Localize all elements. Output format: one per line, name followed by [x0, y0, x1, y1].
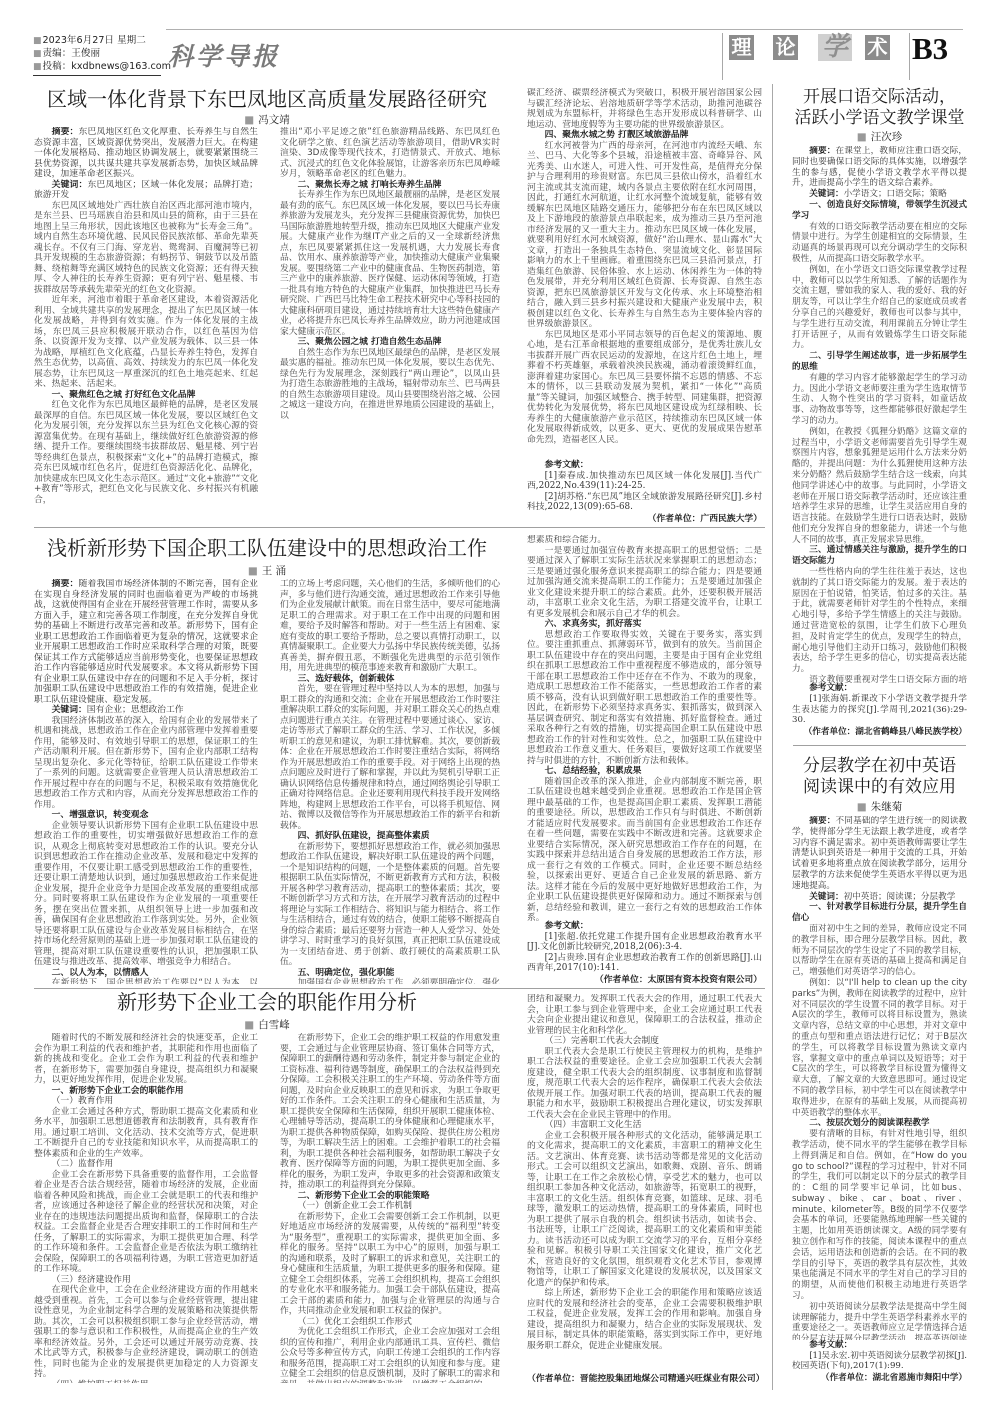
paragraph-continued: 工的立场上考虑问题，关心他们的生活，多倾听他们的心声，多与他们进行沟通交流，通过… — [280, 579, 500, 674]
paragraph: 红色文化作为东巴凤地区最鲜艳的品牌，是老区发展最深厚的自信。东巴凤区域一体化发展… — [34, 400, 258, 505]
abstract: 摘要：东巴凤地区红色文化厚重、长寿养生与自然生态资源丰富，区域资源优势突出，发展… — [34, 127, 258, 180]
square-bullet-icon: ■ — [857, 801, 867, 813]
article-column: 碳汇经济、碳票经济模式为突破口，积极开展岩溶国家公园与碳汇经济论坛、岩溶地质研学… — [527, 88, 762, 524]
submission-line: ■投稿：kxdbnews@163.com — [33, 61, 161, 74]
section-heading: 七、总结经验，积累成果 — [527, 766, 762, 777]
subsection-heading: （二）优化工会组织工作形式 — [280, 1317, 500, 1328]
subsection-heading: （三）完善职工代表大会制度 — [527, 1036, 762, 1047]
section-heading: 一、增强意识，转变观念 — [34, 810, 258, 821]
author-name: 汪次珍 — [871, 131, 903, 143]
subsection-heading: （四）丰富职工文化生活 — [527, 1120, 762, 1131]
abstract-text: 随着我国市场经济体制的不断完善，国有企业在实现自身经济发展的同时也面临着更为严峻… — [34, 579, 258, 705]
page-number: B3 — [912, 33, 948, 65]
article-author: ■冯文靖 — [34, 114, 500, 126]
column-divider-vertical — [772, 84, 773, 1390]
subsection-heading: （三）经济建设作用 — [34, 1275, 258, 1286]
header-rule — [166, 29, 963, 30]
abstract-label: 摘要： — [52, 579, 79, 589]
subsection-heading: （一）创新企业工会工作机制 — [280, 1201, 500, 1212]
paragraph: 要有清晰的目标，有针对性地引导，组织教学活动，使不同水平的学生能够在教学目标上得… — [792, 1129, 967, 1302]
keywords-text: 初中英语；阅读课；分层教学 — [844, 892, 956, 902]
article-column: 摘要：在课堂上，教师应注重口语交际，同时也要确保口语交际的具体实施，以增强学生的… — [792, 146, 967, 738]
article-column: 摘要：东巴凤地区红色文化厚重、长寿养生与自然生态资源丰富，区域资源优势突出，发展… — [34, 127, 258, 523]
section-heading: 二、以人为本，以情感人 — [34, 968, 258, 979]
paragraph: 红水河被誉为广西的母亲河，在河池市内流经天峨、东兰、巴马、大化等多个县城，沿途植… — [527, 141, 762, 330]
subsection-heading: （一）教育作用 — [34, 1096, 258, 1107]
paragraph: 例如：以“I'll help to clean up the city park… — [792, 978, 967, 1118]
article-title: 开展口语交际活动， 活跃小学语文教学课堂 — [792, 87, 967, 129]
paragraph: 有趣的学习内容才能够激起学生的学习动力。因此小学语文老师要注重为学生选取情节生动… — [792, 373, 967, 427]
section-char-box-calligraphic: 学 — [818, 34, 852, 61]
article-divider — [793, 745, 966, 746]
paragraph: 在新形势下，企业工会需要创新工会工作机制，以更好地适应市场经济的发展需要，从传统… — [280, 1212, 500, 1317]
article-title: 分层教学在初中英语 阅读课中的有效应用 — [792, 756, 967, 798]
paragraph: 我国经济体制改革的深入，给国有企业的发展带来了机遇和挑战，思想政治工作在企业内部… — [34, 716, 258, 811]
article-title-line: 阅读课中的有效应用 — [792, 777, 967, 798]
article-column: 想素质和综合能力。 一是要通过加强宣传教育来提高职工的思想觉悟；二是要通过深入了… — [527, 535, 762, 985]
section-divider-left — [722, 33, 723, 80]
keywords: 关键词：小学语文；口语交际；策略 — [792, 189, 967, 200]
paragraph: 例如，在小学语文口语交际课堂教学过程中，教师可以以学生所知悉、了解的话题作为交流… — [792, 265, 967, 351]
paragraph-continued: 推出“邓小平足迹之旅”红色旅游精品线路、东巴凤红色文化研学之旅、红色演艺活动等旅… — [280, 127, 500, 180]
paragraph: 语文教师要重视对学生口语交际方面的培养，提升其沟通和表达水平，促进多方面的发展，… — [792, 675, 967, 683]
paragraph-continued: 团结和凝聚力。发挥职工代表大会的作用，通过职工代表大会，让职工参与到企业管理中来… — [527, 994, 762, 1036]
section-heading: 二、引导学生阐述故事，进一步拓展学生的思维 — [792, 351, 967, 373]
article-column: 工的立场上考虑问题，关心他们的生活，多倾听他们的心声，多与他们进行沟通交流，通过… — [280, 579, 500, 984]
article-column: 在新形势下，企业工会的维护职工权益的作用愈发重要，工会通过与企业管理层协商、签订… — [280, 1033, 500, 1383]
author-affiliation: （作者单位：湖北省鹤峰县八峰民族学校） — [792, 727, 967, 738]
paragraph: 自然生态作为东巴凤地区最绿色的品牌，是老区发展最实惠的福祉。推动东巴凤一体化发展… — [280, 348, 500, 422]
references: （作者单位：晋能控股集团地煤公司精通兴旺煤业有限公司） — [527, 1373, 762, 1385]
article-column: 推出“邓小平足迹之旅”红色旅游精品线路、东巴凤红色文化研学之旅、红色演艺活动等旅… — [280, 127, 500, 523]
keywords-label: 关键词： — [809, 189, 843, 199]
references: 参考文献： [1]张超.依托党建工作提升国有企业思想政治教育水平[J].文化创新… — [527, 921, 762, 985]
abstract: 摘要：在课堂上，教师应注重口语交际，同时也要确保口语交际的具体实施，以增强学生的… — [792, 146, 967, 189]
article-divider — [34, 527, 765, 528]
paragraph: 思想政治工作要取得实效，关键在于要务实，落实到位。要注重抓重点、抓薄弱环节，做到… — [527, 630, 762, 767]
submission-email: 投稿：kxdbnews@163.com — [43, 61, 171, 72]
section-heading: 四、聚焦水城之势 打靓区域旅游品牌 — [527, 130, 762, 141]
issue-date-text: 2023年6月27日 星期二 — [43, 35, 146, 46]
square-bullet-icon: ■ — [244, 114, 254, 126]
section-heading: 二、新形势下企业工会的职能策略 — [280, 1191, 500, 1202]
author-name: 冯文靖 — [258, 114, 290, 126]
article-divider — [34, 988, 765, 989]
paragraph: 近年来，河池市着眼于革命老区建设，本着资源活化利用、全域共建共享的发展理念，提出… — [34, 295, 258, 390]
paragraph: 企业工会通过各种方式，帮助职工提高文化素质和业务水平，加强职工思想道德教育和法制… — [34, 1107, 258, 1160]
paragraph: 在现代企业中，工会在企业经济建设方面的作用越来越受到重视。首先，工会可以参与企业… — [34, 1285, 258, 1380]
abstract-label: 摘要： — [52, 127, 79, 137]
author-affiliation: （作者单位：湖北省恩施市舞阳中学） — [792, 1373, 967, 1384]
paragraph-continued: 想素质和综合能力。 — [527, 535, 762, 546]
paragraph-continued: 碳汇经济、碳票经济模式为突破口，积极开展岩溶国家公园与碳汇经济论坛、岩溶地质研学… — [527, 88, 762, 130]
reference-item: [1]秦春成.加快推动东巴凤区域一体化发展[J].当代广西,2022,No.43… — [527, 471, 762, 492]
keywords-text: 小学语文；口语交际；策略 — [844, 189, 947, 199]
article-title-line: 开展口语交际活动， — [792, 87, 967, 108]
square-bullet-icon: ■ — [244, 1019, 254, 1031]
section-heading: 五、明确定位，强化职能 — [280, 968, 500, 979]
paragraph: 面对初中生之间的差异，教师应设定不同的教学目标，即合理分层教学目标。因此，教师为… — [792, 924, 967, 978]
keywords: 关键词：初中英语；阅读课；分层教学 — [792, 892, 967, 903]
paragraph: 初中英语阅读分层教学法是提高中学生阅读理解能力，提升中学生英语学科素养水平的重要… — [792, 1302, 967, 1340]
article-column: 随着时代的不断发展和经济社会的快速变革，企业工会作为职工利益的代表和维护者，其职… — [34, 1033, 258, 1383]
column-body: 摘要：不同基础的学生进行统一的阅读教学，使得部分学生无法跟上教学进度，或者学习内… — [792, 816, 967, 1340]
keywords: 关键词：东巴凤地区；区域一体化发展；品牌打造；旅游开发 — [34, 180, 258, 201]
section-heading: 六、求真务实，抓好落实 — [527, 619, 762, 630]
paragraph: 有效的口语交际教学活动要在相应的交际情景中进行。为学生创建相宜的交际情景，生动逼… — [792, 222, 967, 265]
column-body: 想素质和综合能力。 一是要通过加强宣传教育来提高职工的思想觉悟；二是要通过深入了… — [527, 535, 762, 921]
keywords-label: 关键词： — [52, 705, 87, 715]
article-author: ■汪次珍 — [792, 131, 967, 143]
article-column: 摘要：不同基础的学生进行统一的阅读教学，使得部分学生无法跟上教学进度，或者学习内… — [792, 816, 967, 1384]
abstract-text: 不同基础的学生进行统一的阅读教学，使得部分学生无法跟上教学进度，或者学习内容不满… — [792, 816, 967, 891]
editor-text: 责编：王俊丽 — [43, 48, 101, 59]
references: 参考文献： [1]秦春成.加快推动东巴凤区域一体化发展[J].当代广西,2022… — [527, 460, 762, 524]
paragraph: 企业工会积极开展各种形式的文化活动，能够满足职工的文化需求，提高职工的文化素质，… — [527, 1131, 762, 1289]
square-bullet-icon: ■ — [857, 131, 867, 143]
newspaper-masthead: 科学导报 — [168, 37, 280, 73]
article-title-line: 分层教学在初中英语 — [792, 756, 967, 777]
section-heading: 三、聚焦公园之城 打造自然生态品牌 — [280, 337, 500, 348]
editor-line: ■责编：王俊丽 — [33, 48, 161, 61]
reference-item: [2]胡苏格.“东巴凤”地区全域旅游发展路径研究[J].乡村科技,2022,13… — [527, 492, 762, 513]
section-heading: 一、新形势下企业工会的职能作用 — [34, 1086, 258, 1097]
references-label: 参考文献： — [527, 921, 762, 932]
section-heading: 一、创造良好交际情境，带领学生沉浸式学习 — [792, 200, 967, 222]
reference-item: [1]吴永宏.初中英语阅读分层教学初探[J].校园英语(下旬),2017(1):… — [792, 1351, 967, 1373]
subsection-heading: （四）维护职工权益作用 — [34, 1380, 258, 1384]
section-char-box: 论 — [773, 35, 798, 60]
reference-item: [1]张海娟.新课改下小学语文教学提升学生表达能力的探究[J].学周刊,2021… — [792, 694, 967, 726]
paragraph: 为优化工会组织工作形式，企业工会应加强对工会组织的宣传和推广，利用企业内部通讯工… — [280, 1327, 500, 1383]
article-author: ■白雪峰 — [34, 1019, 500, 1031]
section-heading: 四、抓好队伍建设，提高整体素质 — [280, 831, 500, 842]
column-body: 团结和凝聚力。发挥职工代表大会的作用，通过职工代表大会，让职工参与到企业管理中来… — [527, 994, 762, 1373]
section-heading: 三、通过情感关注与激励，提升学生的口语交际能力 — [792, 545, 967, 567]
article-author: ■王 涌 — [34, 565, 500, 577]
author-affiliation: （作者单位：太原国有资本投资有限公司） — [527, 975, 762, 986]
article-column: 团结和凝聚力。发挥职工代表大会的作用，通过职工代表大会，让职工参与到企业管理中来… — [527, 994, 762, 1384]
issue-date: ■2023年6月27日 星期二 — [33, 35, 161, 48]
article-title: 区域一体化背景下东巴凤地区高质量发展路径研究 — [34, 88, 500, 111]
paragraph: 企业工会在新形势下具备重要的监督作用，工会监督着企业是否合法合规经营，随着市场经… — [34, 1170, 258, 1275]
square-bullet-icon: ■ — [33, 62, 42, 72]
paragraph: 职工代表大会是职工行使民主管理权力的机构，是维护职工合法权益的重要途径。企业工会… — [527, 1047, 762, 1121]
reference-item: [1]张超.依托党建工作提升国有企业思想政治教育水平[J].文化创新比较研究,2… — [527, 932, 762, 953]
square-bullet-icon: ■ — [33, 36, 42, 46]
article-column: 摘要：随着我国市场经济体制的不断完善，国有企业在实现自身经济发展的同时也面临着更… — [34, 579, 258, 984]
paragraph: 加强国有企业思想政治工作，必须要明确定位、强化职能，从而更好地推动国有企业思想政… — [280, 978, 500, 984]
paragraph: 企业领导要认识新形势下国有企业职工队伍建设中思想政治工作的重要性，切实增强做好思… — [34, 821, 258, 968]
abstract: 摘要：随着我国市场经济体制的不断完善，国有企业在实现自身经济发展的同时也面临着更… — [34, 579, 258, 705]
square-bullet-icon: ■ — [33, 49, 42, 59]
author-affiliation: （作者单位：晋能控股集团地煤公司精通兴旺煤业有限公司） — [527, 1374, 762, 1385]
article-title: 浅析新形势下国企职工队伍建设中的思想政治工作 — [34, 537, 500, 560]
author-affiliation: （作者单位：广西民族大学） — [527, 514, 762, 525]
page-info-block: ■2023年6月27日 星期二 ■责编：王俊丽 ■投稿：kxdbnews@163… — [33, 35, 161, 76]
subsection-heading: （二）监督作用 — [34, 1159, 258, 1170]
section-char-box: 术 — [865, 35, 890, 60]
paragraph: 随着国企改革的深入推进，企业内部制度不断完善，职工队伍建设也越来越受到企业重视。… — [527, 777, 762, 922]
author-name: 白雪峰 — [258, 1019, 290, 1031]
keywords: 关键词：国有企业；思想政治工作 — [34, 705, 258, 716]
author-name: 朱继菊 — [871, 801, 903, 813]
section-heading: 二、聚焦长寿之城 打响长寿养生品牌 — [280, 180, 500, 191]
article-author: ■朱继菊 — [792, 801, 967, 813]
paragraph: 在新形势下，国企思想政治工作要以“以人为本，以情感人”为原则，树立正确的人才观，… — [34, 978, 258, 984]
references: 参考文献： [1]张海娟.新课改下小学语文教学提升学生表达能力的探究[J].学周… — [792, 683, 967, 738]
references-label: 参考文献： — [792, 1340, 967, 1351]
section-char-box: 理 — [729, 35, 754, 60]
keywords-text: 国有企业；思想政治工作 — [87, 705, 184, 715]
references-label: 参考文献： — [527, 460, 762, 471]
column-body: 摘要：在课堂上，教师应注重口语交际，同时也要确保口语交际的具体实施，以增强学生的… — [792, 146, 967, 683]
paragraph: 东巴凤地区是邓小平同志领导的百色起义的策源地、腹心地，是右江革命根据地的重要组成… — [527, 330, 762, 446]
reference-item: [2]占贵珍.国有企业思想政治教育工作的创新思路[J].山西青年,2017(10… — [527, 953, 762, 974]
author-name: 王 涌 — [262, 565, 286, 577]
paragraph: 在新形势下，要想抓好思想政治工作，就必须加强思想政治工作队伍建设，解决好职工队伍… — [280, 842, 500, 968]
paragraph: 长寿养生作为东巴凤地区最靓丽的品牌，是老区发展最有劲的底气。东巴凤区域一体化发展… — [280, 190, 500, 337]
references-label: 参考文献： — [792, 683, 967, 694]
paragraph: 在新形势下，企业工会的维护职工权益的作用愈发重要，工会通过与企业管理层协商、签订… — [280, 1033, 500, 1191]
article-title-line: 活跃小学语文教学课堂 — [792, 108, 967, 129]
square-bullet-icon: ■ — [248, 565, 258, 577]
paragraph: 随着时代的不断发展和经济社会的快速变革，企业工会作为职工利益的代表和维护者，其职… — [34, 1033, 258, 1086]
paragraph: 一是要通过加强宣传教育来提高职工的思想觉悟；二是要通过深入了解职工实际生活状况来… — [527, 546, 762, 620]
paragraph: 一些性格内向的学生往往羞于表达，这也就制约了其口语交际能力的发展。羞于表达的原因… — [792, 567, 967, 675]
paragraph: 例如，在教授《狐狸分奶酪》这篇文章的过程当中，小学语文老师需要首先引导学生观察图… — [792, 427, 967, 546]
keywords-label: 关键词： — [52, 180, 88, 190]
abstract-label: 摘要： — [809, 146, 835, 156]
section-heading: 二、按层次划分的阅读课程教学 — [792, 1118, 967, 1129]
abstract-label: 摘要： — [809, 816, 835, 826]
paragraph: 综上所述，新形势下企业工会的职能作用和策略应该适应时代的发展和经济社会的变革，企… — [527, 1288, 762, 1351]
section-heading: 一、针对教学目标进行分层，提升学生自信心 — [792, 902, 967, 924]
keywords-label: 关键词： — [809, 892, 843, 902]
section-heading: 三、选好载体，创新载体 — [280, 674, 500, 685]
abstract: 摘要：不同基础的学生进行统一的阅读教学，使得部分学生无法跟上教学进度，或者学习内… — [792, 816, 967, 892]
section-heading: 一、聚焦红色之城 打好红色文化品牌 — [34, 390, 258, 401]
section-divider-right — [909, 33, 910, 80]
paragraph: 首先，要在管理过程中坚持以人为本的思想，加强与职工群众的沟通和交流；企业在开展思… — [280, 684, 500, 831]
paragraph: 东巴凤区域地处广西壮族自治区西北部河池市境内，是东兰县、巴马瑶族自治县和凤山县的… — [34, 201, 258, 296]
references: 参考文献： [1]吴永宏.初中英语阅读分层教学初探[J].校园英语(下旬),20… — [792, 1340, 967, 1384]
column-body: 碳汇经济、碳票经济模式为突破口，积极开展岩溶国家公园与碳汇经济论坛、岩溶地质研学… — [527, 88, 762, 460]
article-title: 新形势下企业工会的职能作用分析 — [34, 991, 500, 1014]
